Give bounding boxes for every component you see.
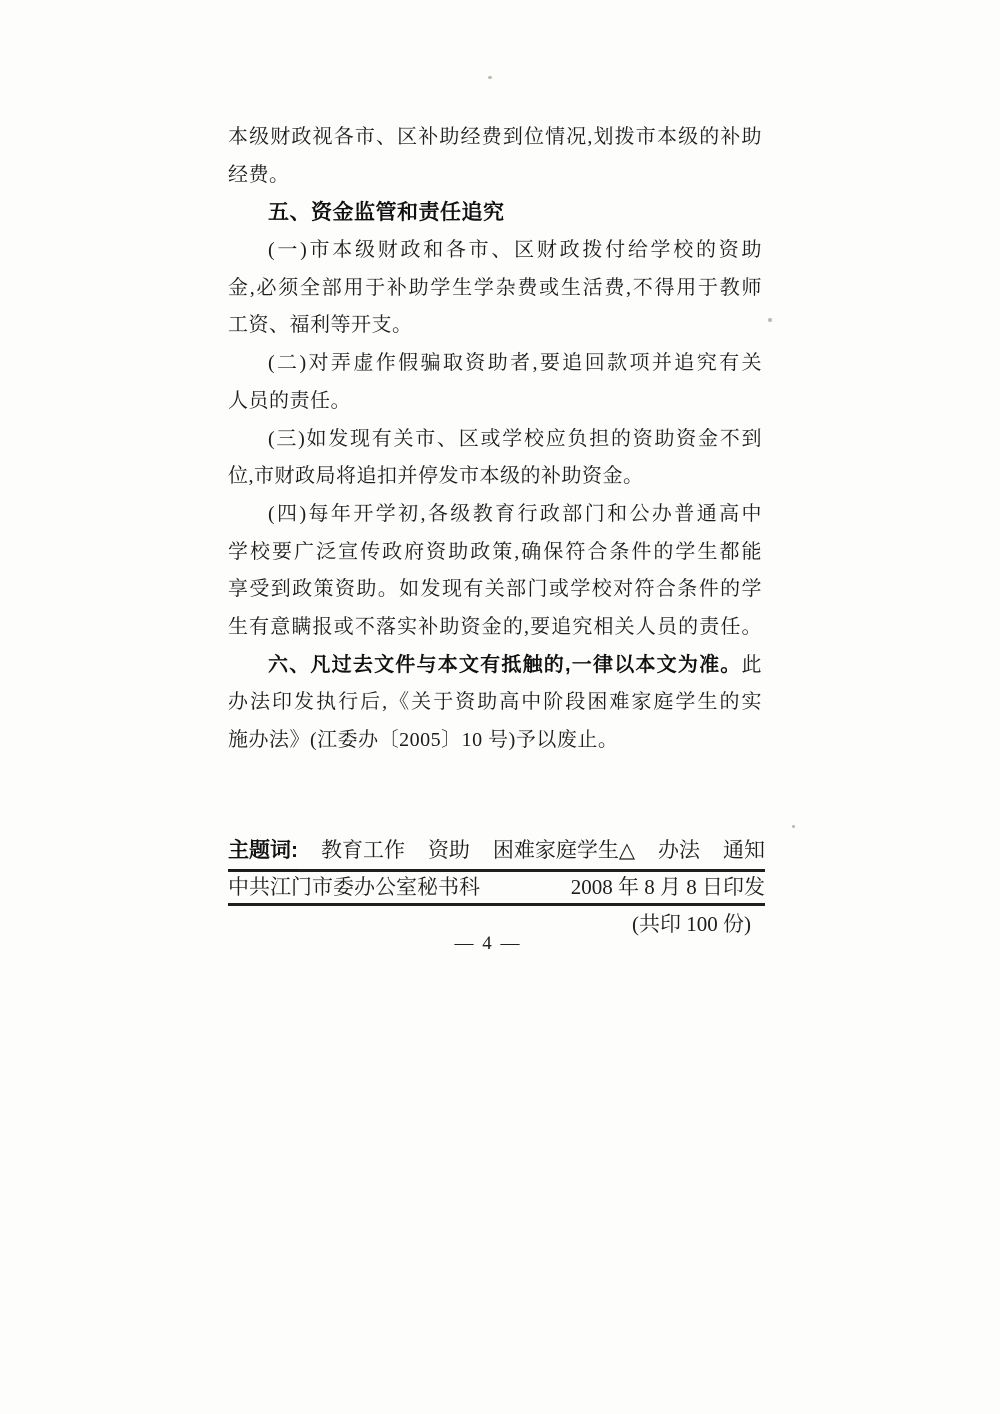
doc-line: 生有意瞒报或不落实补助资金的,要追究相关人员的责任。 bbox=[228, 609, 762, 647]
doc-line: 位,市财政局将追扣并停发市本级的补助资金。 bbox=[228, 458, 762, 496]
issuer-line: 中共江门市委办公室秘书科 2008 年 8 月 8 日印发 bbox=[228, 872, 765, 903]
document-body: 本级财政视各市、区补助经费到位情况,划拨市本级的补助 经费。 五、资金监管和责任… bbox=[228, 119, 762, 760]
section-heading-5: 五、资金监管和责任追究 bbox=[228, 194, 762, 232]
keyword: 教育工作 bbox=[321, 833, 405, 867]
keyword: 办法 bbox=[658, 833, 700, 867]
scan-speck bbox=[768, 318, 772, 322]
doc-line: (一)市本级财政和各市、区财政拨付给学校的资助 bbox=[228, 232, 762, 270]
doc-line: 享受到政策资助。如发现有关部门或学校对符合条件的学 bbox=[228, 571, 762, 609]
doc-line: (三)如发现有关市、区或学校应负担的资助资金不到 bbox=[228, 421, 762, 459]
keyword: 资助 bbox=[428, 833, 470, 867]
doc-line: 工资、福利等开支。 bbox=[228, 307, 762, 345]
keywords-line: 主题词: 教育工作 资助 困难家庭学生△ 办法 通知 bbox=[228, 833, 765, 867]
keywords-label: 主题词: bbox=[228, 834, 298, 871]
print-date: 2008 年 8 月 8 日印发 bbox=[571, 872, 765, 903]
keyword: 通知 bbox=[723, 833, 765, 867]
doc-line: 本级财政视各市、区补助经费到位情况,划拨市本级的补助 bbox=[228, 119, 762, 157]
keyword: 困难家庭学生△ bbox=[493, 833, 635, 867]
doc-line: 人员的责任。 bbox=[228, 383, 762, 421]
issuer-office: 中共江门市委办公室秘书科 bbox=[228, 872, 480, 903]
doc-line: 金,必须全部用于补助学生学杂费或生活费,不得用于教师 bbox=[228, 270, 762, 308]
doc-line: 施办法》(江委办〔2005〕10 号)予以废止。 bbox=[228, 722, 762, 760]
section-heading-6-bold: 六、凡过去文件与本文有抵触的,一律以本文为准。 bbox=[268, 654, 742, 676]
scanned-document-page: 本级财政视各市、区补助经费到位情况,划拨市本级的补助 经费。 五、资金监管和责任… bbox=[0, 0, 1000, 1414]
scan-speck bbox=[792, 825, 795, 828]
section-heading-6-line: 六、凡过去文件与本文有抵触的,一律以本文为准。此 bbox=[228, 647, 762, 685]
document-footer: 主题词: 教育工作 资助 困难家庭学生△ 办法 通知 中共江门市委办公室秘书科 … bbox=[228, 833, 765, 938]
page-number: — 4 — bbox=[228, 933, 748, 955]
scan-speck bbox=[488, 76, 492, 79]
doc-line: (四)每年开学初,各级教育行政部门和公办普通高中 bbox=[228, 496, 762, 534]
doc-line-regular: 此 bbox=[742, 654, 763, 676]
doc-line: 办法印发执行后,《关于资助高中阶段困难家庭学生的实 bbox=[228, 684, 762, 722]
doc-line: 经费。 bbox=[228, 157, 762, 195]
doc-line: 学校要广泛宣传政府资助政策,确保符合条件的学生都能 bbox=[228, 534, 762, 572]
doc-line: (二)对弄虚作假骗取资助者,要追回款项并追究有关 bbox=[228, 345, 762, 383]
